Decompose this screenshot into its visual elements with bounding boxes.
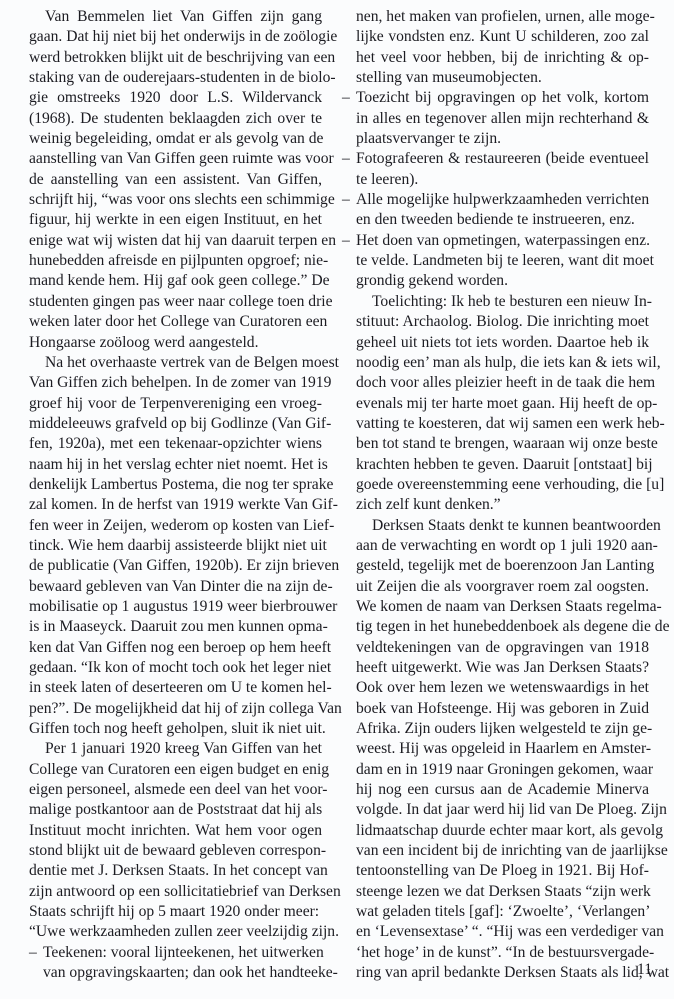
text-line: stelling van museumobjecten. — [356, 68, 649, 88]
text-line: studenten gingen pas weer naar college t… — [29, 292, 322, 312]
text-line: het veel voor hebben, bij de inrichting … — [356, 48, 649, 68]
text-line: gaan. Dat hij niet bij het onderwijs in … — [29, 27, 322, 47]
text-line: aan de verwachting en wordt op 1 juli 19… — [356, 536, 649, 556]
text-line: tinck. Wie hem daarbij assisteerde blijk… — [29, 536, 322, 556]
text-line: werd betrokken blijkt uit de beschrijvin… — [29, 48, 322, 68]
list-item-teekenen: – Teekenen: vooral lijnteekenen, het uit… — [43, 943, 322, 984]
text-line: veldtekeningen van de opgravingen van 19… — [356, 638, 649, 658]
text-line: van opgravingskaarten; dan ook het handt… — [43, 963, 322, 983]
text-line: Ook over hem lezen we wetenswaardigs in … — [356, 678, 649, 698]
list-item-hulpwerkzaamheden: – Alle mogelijke hulpwerkzaamheden verri… — [356, 190, 649, 231]
text-line: bewaard gebleven van Van Dinter die na z… — [29, 577, 322, 597]
text-line: Derksen Staats denkt te kunnen beantwoor… — [356, 516, 649, 536]
text-line: gedaan. “Ik kon of mocht toch ook het le… — [29, 658, 322, 678]
text-line: We komen de naam van Derksen Staats rege… — [356, 597, 649, 617]
text-line: gesteld, tegelijk met de boerenzoon Jan … — [356, 556, 649, 576]
text-line: volgde. In dat jaar werd hij lid van De … — [356, 800, 649, 820]
document-page: Van Bemmelen liet Van Giffen zijn gang g… — [0, 0, 674, 999]
right-column: nen, het maken van profielen, urnen, all… — [356, 7, 649, 984]
text-line: doch voor alles pleizier heeft in de taa… — [356, 373, 649, 393]
text-line: in steek laten of deserteeren om U te ko… — [29, 678, 322, 698]
text-line: dentie met J. Derksen Staats. In het con… — [29, 861, 322, 881]
text-line: Instituut mocht inrichten. Wat hem voor … — [29, 821, 322, 841]
text-line: dam en in 1919 naar Groningen gekomen, w… — [356, 760, 649, 780]
text-line: Afrika. Zijn ouders lijken welgesteld te… — [356, 719, 649, 739]
text-line: noodig een’ man als hulp, die iets kan &… — [356, 353, 649, 373]
text-line: ben tot stand te brengen, waaraan wij on… — [356, 434, 649, 454]
text-line: en ‘Levensextase’ “. “Hij was een verded… — [356, 922, 649, 942]
text-line: naam hij in het verslag echter niet noem… — [29, 455, 322, 475]
text-line: goede overeenstemming eene verhouding, d… — [356, 475, 649, 495]
list-item-fotografeeren: – Fotografeeren & restaureeren (beide ev… — [356, 149, 649, 190]
paragraph-toelichting: Toelichting: Ik heb te besturen een nieu… — [356, 292, 649, 516]
text-line: grondig gekend worden. — [356, 271, 649, 291]
text-line: evenals mij ter harte moet gaan. Hij hee… — [356, 394, 649, 414]
text-line: mand kende hem. Hij gaf ook geen college… — [29, 271, 322, 291]
text-line: hunebedden afreisde en pijlpunten opgroe… — [29, 251, 322, 271]
text-line: zich zelf kunt denken.” — [356, 495, 649, 515]
text-line: te velde. Landmeten bij te leeren, want … — [356, 251, 649, 271]
text-line: Staats schrijft hij op 5 maart 1920 onde… — [29, 902, 322, 922]
text-line: Het doen van opmetingen, waterpassingen … — [356, 231, 649, 251]
text-line: nen, het maken van profielen, urnen, all… — [356, 7, 649, 27]
dash-bullet: – — [342, 190, 350, 210]
text-line: uit Zeijen die als voorgraver roem zal o… — [356, 577, 649, 597]
list-item-toezicht: – Toezicht bij opgravingen op het volk, … — [356, 88, 649, 149]
text-line: Hongaarse zoöloog werd aangesteld. — [29, 333, 322, 353]
text-line: College van Curatoren een eigen budget e… — [29, 760, 322, 780]
text-line: aanstelling van Van Giffen geen ruimte w… — [29, 149, 322, 169]
text-line: heeft uitgewerkt. Wie was Jan Derksen St… — [356, 658, 649, 678]
text-line: (1968). De studenten beklaagden zich ove… — [29, 109, 322, 129]
text-line: Toelichting: Ik heb te besturen een nieu… — [356, 292, 649, 312]
text-line: fen weer in Zeijen, wederom op kosten va… — [29, 516, 322, 536]
text-line: de publicatie (Van Giffen, 1920b). Er zi… — [29, 556, 322, 576]
text-line: middeleeuws grafveld op bij Godlinze (Va… — [29, 414, 322, 434]
paragraph-derksen-staats: Derksen Staats denkt te kunnen beantwoor… — [356, 516, 649, 984]
text-line: ring van april bedankte Derksen Staats a… — [356, 963, 649, 983]
text-line: lijke vondsten enz. Kunt U schilderen, z… — [356, 27, 649, 47]
paragraph-per-1-januari: Per 1 januari 1920 kreeg Van Giffen van … — [29, 739, 322, 942]
text-line: krachten hebben te geven. Daaruit [ontst… — [356, 455, 649, 475]
text-line: vatting te koesteren, dat wij samen een … — [356, 414, 649, 434]
text-line: stond blijkt uit de bewaard gebleven cor… — [29, 841, 322, 861]
text-line: hij nog een cursus aan de Academie Miner… — [356, 780, 649, 800]
text-line: steenge lezen we dat Derksen Staats “zij… — [356, 882, 649, 902]
text-line: te leeren). — [356, 170, 649, 190]
text-line: weinig begeleiding, omdat er als gevolg … — [29, 129, 322, 149]
text-line: Van Giffen zich behelpen. In de zomer va… — [29, 373, 322, 393]
text-line: eigen personeel, alsmede een deel van he… — [29, 780, 322, 800]
text-line: Fotografeeren & restaureeren (beide even… — [356, 149, 649, 169]
dash-bullet: – — [342, 231, 350, 251]
text-line: tentoonstelling van De Ploeg in 1921. Bi… — [356, 861, 649, 881]
text-line: plaatsvervanger te zijn. — [356, 129, 649, 149]
text-line: wat geladen titels [gaf]: ‘Zwoelte’, ‘Ve… — [356, 902, 649, 922]
text-line: “Uwe werkzaamheden zullen zeer veelzijdi… — [29, 922, 322, 942]
text-line: stituut: Archaolog. Biolog. Die inrichti… — [356, 312, 649, 332]
text-line: fen, 1920a), met een tekenaar-opzichter … — [29, 434, 322, 454]
paragraph-belgen: Na het overhaaste vertrek van de Belgen … — [29, 353, 322, 740]
text-line: lidmaatschap duurde echter maar kort, al… — [356, 821, 649, 841]
text-line: gie omstreeks 1920 door L.S. Wildervanck — [29, 88, 322, 108]
text-line: zal komen. In de herfst van 1919 werkte … — [29, 495, 322, 515]
dash-bullet: – — [342, 149, 350, 169]
text-line: tig tegen in het hunebeddenboek als dege… — [356, 617, 649, 637]
text-line: in alles en tegenover allen mijn rechter… — [356, 109, 649, 129]
text-line: Teekenen: vooral lijnteekenen, het uitwe… — [43, 943, 322, 963]
dash-bullet: – — [29, 943, 37, 963]
text-line: Giffen toch nog heeft geholpen, sluit ik… — [29, 719, 322, 739]
text-line: weken later door het College van Curator… — [29, 312, 322, 332]
dash-bullet: – — [342, 88, 350, 108]
text-line: en den tweeden bediende te instrueeren, … — [356, 210, 649, 230]
text-line: is in Maaseyck. Daaruit zou men kunnen o… — [29, 617, 322, 637]
text-line: Toezicht bij opgravingen op het volk, ko… — [356, 88, 649, 108]
text-line: zijn antwoord op een sollicitatiebrief v… — [29, 882, 322, 902]
text-line: Alle mogelijke hulpwerkzaamheden verrich… — [356, 190, 649, 210]
text-line: geheel uit niets tot iets worden. Daarto… — [356, 333, 649, 353]
text-line: groef hij voor de Terpenvereniging een v… — [29, 394, 322, 414]
text-line: ‘het hoge’ in de kunst”. “In de bestuurs… — [356, 943, 649, 963]
text-line: van een incident bij de inrichting van d… — [356, 841, 649, 861]
list-item-teekenen-continued: nen, het maken van profielen, urnen, all… — [356, 7, 649, 88]
text-line: enige wat wij wisten dat hij van daaruit… — [29, 231, 322, 251]
text-line: staking van de ouderejaars-studenten in … — [29, 68, 322, 88]
text-line: Na het overhaaste vertrek van de Belgen … — [29, 353, 322, 373]
text-line: ken dat Van Giffen nog een beroep op hem… — [29, 638, 322, 658]
text-line: malige postkantoor aan de Poststraat dat… — [29, 800, 322, 820]
left-column: Van Bemmelen liet Van Giffen zijn gang g… — [29, 7, 322, 984]
text-line: denkelijk Lambertus Postema, die nog ter… — [29, 475, 322, 495]
list-item-opmetingen: – Het doen van opmetingen, waterpassinge… — [356, 231, 649, 292]
text-line: Per 1 januari 1920 kreeg Van Giffen van … — [29, 739, 322, 759]
text-line: schrijft hij, “was voor ons slechts een … — [29, 190, 322, 210]
paragraph-van-bemmelen: Van Bemmelen liet Van Giffen zijn gang g… — [29, 7, 322, 353]
text-line: de aanstelling van een assistent. Van Gi… — [29, 170, 322, 190]
text-line: weest. Hij was opgeleid in Haarlem en Am… — [356, 739, 649, 759]
text-line: mobilisatie op 1 augustus 1919 weer bier… — [29, 597, 322, 617]
text-line: boek van Hofsteenge. Hij was geboren in … — [356, 699, 649, 719]
text-line: pen?”. De mogelijkheid dat hij of zijn c… — [29, 699, 322, 719]
text-line: Van Bemmelen liet Van Giffen zijn gang — [29, 7, 322, 27]
page-number: 11 — [637, 961, 652, 979]
text-line: figuur, hij werkte in een eigen Instituu… — [29, 210, 322, 230]
